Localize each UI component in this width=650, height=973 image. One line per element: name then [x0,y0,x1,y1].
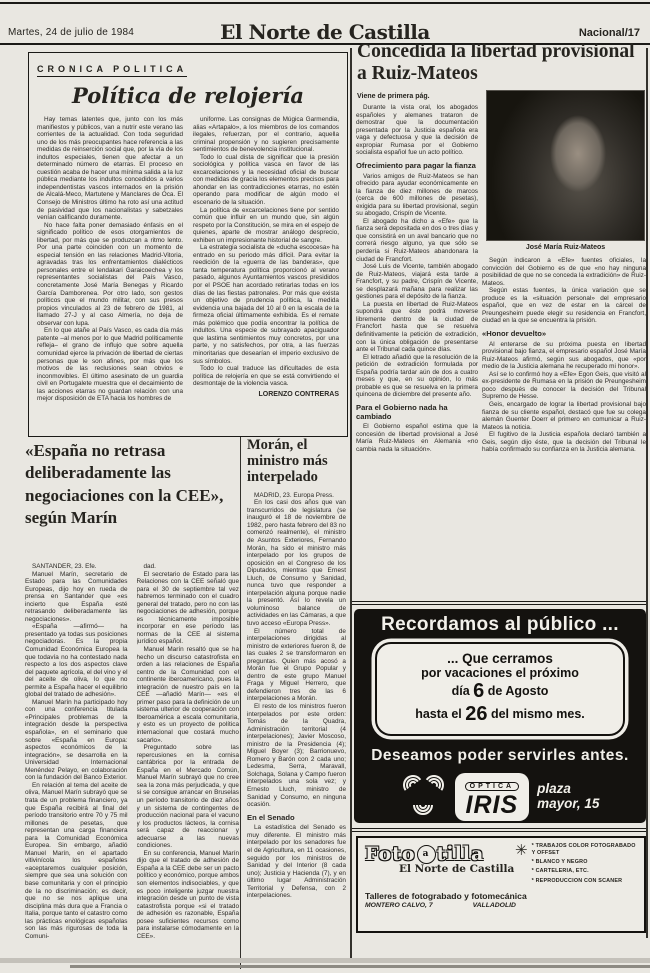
moran-column: MADRID, 23. Europa Press. En los casi do… [247,492,346,900]
iris-until-number: 26 [465,703,487,725]
iris-line-2: por vacaciones el próximo [381,666,619,680]
iris-address: plaza mayor, 15 [537,782,599,812]
cee-dateline: SANTANDER, 23. Efe. [25,563,128,571]
kicker-cronica-politica: CRONICA POLITICA [37,64,187,77]
article-cronica-politica: CRONICA POLITICA Política de relojería H… [28,52,348,437]
double-rule-bottom [352,828,646,832]
iris-logo-icon [401,774,447,821]
photo-caption: José María Ruiz-Mateos [486,244,645,251]
ad-optica-iris: Recordamos al público ... ... Que cerram… [354,609,646,823]
newspaper-page: Martes, 24 de julio de 1984 El Norte de … [0,0,650,973]
top-border-line [0,2,650,4]
ruiz-col1-part3: El Gobierno español estima que la conces… [356,423,478,453]
fotocastilla-tagline: Talleres de fotograbado y fotomecánica [365,891,637,901]
article-moran: Morán, el ministro más interpelado MADRI… [247,437,346,969]
fotocastilla-logo-subtitle: El Norte de Castilla [399,863,514,875]
byline-lorenzo-contreras: LORENZO CONTRERAS [193,391,339,399]
cronica-column-2: uniforme. Las consignas de Múgica Garmen… [193,116,339,434]
fotocastilla-logo-block: Fotoatilla El Norte de Castilla [365,843,514,887]
headline-moran: Morán, el ministro más interpelado [247,437,346,486]
asterisk-icon: ✳ [515,843,528,887]
cronica-column-1: Hay temas latentes que, junto con los má… [37,116,183,434]
iris-logo-row: OPTICA IRIS plaza mayor, 15 [401,773,600,821]
ruiz-mateos-column-1: Durante la vista oral, los abogados espa… [356,104,478,598]
moran-senado-text: La estadística del Senado es muy diferen… [247,824,346,899]
iris-line-4: hasta el 26 del mismo mes. [381,703,619,726]
ruiz-mateos-column-2: Según indicaron a «Efe» fuentes oficiale… [482,257,646,635]
scan-line [70,965,650,968]
fotocastilla-services-list: TRABAJOS COLOR FOTOGRABADO Y OFFSETBLANC… [532,843,637,887]
article-cee-marin: SANTANDER, 23. Efe. Manuel Marín, secret… [25,563,239,963]
iris-brand-name: IRIS [465,793,519,818]
iris-day-number: 6 [473,680,484,702]
moran-dateline: MADRID, 23. Europa Press. [247,492,346,500]
iris-brand-box: OPTICA IRIS [455,773,529,821]
right-edge-rule [646,48,648,938]
fotocastilla-city: VALLADOLID [473,902,516,909]
subhead-gobierno-nada-cambiado: Para el Gobierno nada ha cambiado [356,404,478,421]
fotocastilla-logo: Fotoatilla [365,843,514,865]
cee-column-1: SANTANDER, 23. Efe. Manuel Marín, secret… [25,563,128,963]
subhead-ofrecimiento-fianza: Ofrecimiento para pagar la fianza [356,162,478,171]
double-rule-top [352,601,646,605]
continuation-note: Viene de primera pág. [357,93,430,100]
moran-column-text: En los casi dos años que van transcurrid… [247,499,346,808]
ruiz-col2-part2: Al enterarse de su próxima puesta en lib… [482,341,646,454]
section-page-number: Nacional/17 [579,27,640,39]
scan-band [0,958,650,963]
cronica-column-2-text: uniforme. Las consignas de Múgica Garmen… [193,116,339,388]
subhead-en-el-senado: En el Senado [247,814,346,823]
fotocastilla-street: MONTERO CALVO, 7 [365,902,433,909]
iris-ad-title: Recordamos al público ... [381,614,619,636]
iris-line-1: ... Que cerramos [381,651,619,666]
headline-cee-marin: «España no retrasa deliberadamente las n… [25,440,240,530]
column-rule-moran [240,437,241,969]
cee-column-1-text: Manuel Marín, secretario de Estado para … [25,571,128,941]
headline-politica-de-relojeria: Política de relojería [37,83,339,108]
ad-fotocastilla: Fotoatilla El Norte de Castilla ✳ TRABAJ… [356,836,646,933]
iris-ad-notice-box: ... Que cerramos por vacaciones el próxi… [375,642,625,736]
subhead-honor-devuelto: «Honor devuelto» [482,330,646,339]
iris-brand-small: OPTICA [465,782,519,791]
ruiz-col2-part1: Según indicaron a «Efe» fuentes oficiale… [482,257,646,325]
cee-column-2: dad.El secretario de Estado para las Rel… [137,563,240,963]
column-rule-main [350,48,352,963]
castle-crest-icon: a [417,845,436,864]
headline-ruiz-mateos: Concedida la libertad provisional a Ruiz… [357,41,645,85]
ruiz-col1-part2: Varios amigos de Ruiz-Mateos se han ofre… [356,173,478,399]
ruiz-col1-part1: Durante la vista oral, los abogados espa… [356,104,478,157]
photo-ruiz-mateos [486,90,645,241]
iris-tagline: Deseamos poder servirles antes. [371,747,629,765]
iris-line-3: día 6 de Agosto [381,680,619,703]
